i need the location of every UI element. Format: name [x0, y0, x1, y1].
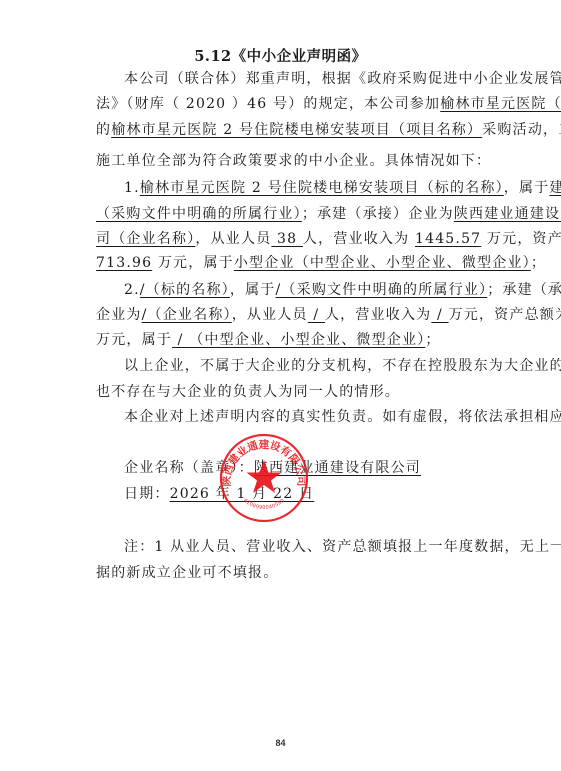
page-title: 5.12《中小企业声明函》: [0, 45, 561, 66]
text-segment: 人，营业收入为: [325, 307, 431, 323]
filled-field: /（企业名称）: [142, 307, 232, 323]
statement-line-2: 也不存在与大企业的负责人为同一人的情形。: [96, 383, 512, 401]
text-segment: ；承建（承接）: [487, 282, 561, 298]
responsibility-line: 本企业对上述声明内容的真实性负责。如有虚假，将依法承担相应责任。: [96, 408, 512, 426]
text-segment: ；: [531, 255, 546, 271]
text-segment: 万元，属于: [96, 332, 172, 348]
text-segment: 2.: [124, 282, 140, 298]
filled-field: 建筑业: [549, 180, 561, 196]
filled-field: /: [308, 307, 325, 323]
declaration-line-1: 本公司（联合体）郑重声明，根据《政府采购促进中小企业发展管理办: [96, 70, 512, 88]
text-segment: 也不存在与大企业的负责人为同一人的情形。: [96, 384, 400, 400]
filled-field: 713.96: [96, 255, 152, 271]
text-segment: ，属于: [504, 180, 550, 196]
item-1-line-3: 司（企业名称），从业人员 38 人，营业收入为 1445.57 万元，资产总额为: [96, 230, 512, 248]
text-segment: 法》（财库（ 2020 ）46 号）的规定，本公司参加: [96, 96, 440, 112]
statement-line-1: 以上企业，不属于大企业的分支机构，不存在控股股东为大企业的情形，: [96, 357, 512, 375]
text-segment: 施工单位全部为符合政策要求的中小企业。具体情况如下：: [96, 153, 491, 169]
note-line-1: 注：1 从业人员、营业收入、资产总额填报上一年度数据，无上一年度数: [96, 538, 512, 556]
document-page: 5.12《中小企业声明函》 本公司（联合体）郑重声明，根据《政府采购促进中小企业…: [0, 0, 561, 771]
text-segment: 本公司（联合体）郑重声明，根据《政府采购促进中小企业发展管理办: [124, 71, 561, 87]
text-segment: 企业为: [96, 307, 142, 323]
filled-field: /: [431, 307, 448, 323]
item-1-line-2: （采购文件中明确的所属行业）；承建（承接）企业为陕西建业通建设有限公: [96, 205, 512, 223]
filled-field: 榆林市星元医院 2 号住院楼电梯安装项目（标的名称）: [140, 180, 504, 196]
filled-field: 小型企业（中型企业、小型企业、微型企业）: [234, 255, 531, 271]
filled-field: （采购文件中明确的所属行业）: [96, 206, 302, 222]
text-segment: 据的新成立企业可不填报。: [96, 565, 278, 581]
item-2-line-3: 万元，属于 / （中型企业、小型企业、微型企业）；: [96, 331, 512, 349]
filled-field: / （中型企业、小型企业、微型企业）: [172, 332, 425, 348]
declaration-line-3: 的榆林市星元医院 2 号住院楼电梯安装项目（项目名称）采购活动，工程的: [96, 121, 512, 139]
filled-field: 陕西建业通建设有限公: [454, 206, 561, 222]
page-number: 84: [0, 738, 561, 748]
text-segment: ；承建（承接）企业为: [302, 206, 454, 222]
filled-field: 司（企业名称）: [96, 231, 195, 247]
text-segment: ；: [425, 332, 440, 348]
text-segment: 采购活动，工程的: [482, 122, 561, 138]
filled-field: /（采购文件中明确的所属行业）: [276, 282, 488, 298]
text-segment: 万元，资产总额为: [481, 231, 561, 247]
text-segment: 1.: [124, 180, 140, 196]
filled-field: 1445.57: [415, 231, 481, 247]
note-line-2: 据的新成立企业可不填报。: [96, 564, 512, 582]
text-segment: ，属于: [230, 282, 276, 298]
text-segment: ，从业人员: [232, 307, 308, 323]
company-seal-stamp-icon: 陕西建业通建设有限公司 6108990040580: [218, 432, 310, 524]
text-segment: 本企业对上述声明内容的真实性负责。如有虚假，将依法承担相应责任。: [124, 409, 561, 425]
item-1-line-1: 1.榆林市星元医院 2 号住院楼电梯安装项目（标的名称），属于建筑业: [96, 179, 512, 197]
text-segment: 人，营业收入为: [303, 231, 415, 247]
item-2-line-1: 2./（标的名称），属于/（采购文件中明确的所属行业）；承建（承接）: [96, 281, 512, 299]
text-segment: ，从业人员: [195, 231, 271, 247]
filled-field: 38: [271, 231, 303, 247]
declaration-line-4: 施工单位全部为符合政策要求的中小企业。具体情况如下：: [96, 152, 512, 170]
text-segment: 注：1 从业人员、营业收入、资产总额填报上一年度数据，无上一年度数: [124, 539, 561, 555]
filled-field: /（标的名称）: [140, 282, 230, 298]
filled-field: 榆林市星元医院（单位名称）: [440, 96, 561, 112]
item-2-line-2: 企业为/（企业名称），从业人员 / 人，营业收入为 / 万元，资产总额为 /: [96, 306, 512, 324]
filled-field: 榆林市星元医院 2 号住院楼电梯安装项目（项目名称）: [111, 122, 482, 138]
text-segment: 以上企业，不属于大企业的分支机构，不存在控股股东为大企业的情形，: [124, 358, 561, 374]
text-segment: 的: [96, 122, 111, 138]
declaration-line-2: 法》（财库（ 2020 ）46 号）的规定，本公司参加榆林市星元医院（单位名称）: [96, 95, 512, 113]
svg-text:6108990040580: 6108990040580: [242, 498, 286, 511]
text-segment: 万元，资产总额为: [449, 307, 561, 323]
text-segment: 万元，属于: [152, 255, 234, 271]
text-segment: 日期：: [124, 486, 170, 502]
item-1-line-4: 713.96 万元，属于小型企业（中型企业、小型企业、微型企业）；: [96, 254, 512, 272]
